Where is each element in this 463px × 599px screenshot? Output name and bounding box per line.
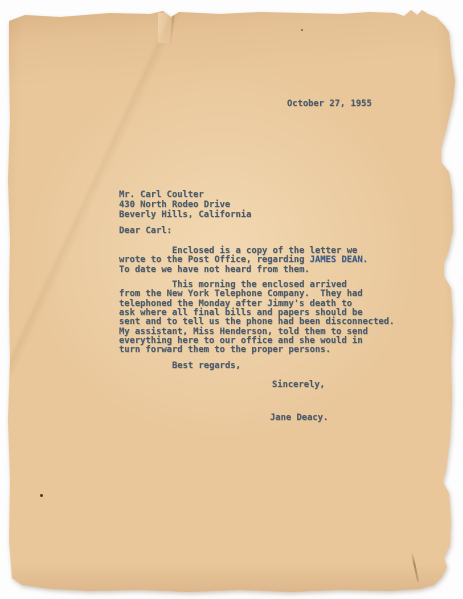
recipient-city: Beverly Hills, California [119,210,251,220]
body-line: turn forward them to the proper persons. [119,345,331,355]
ink-speck [40,494,43,497]
body-paragraph-1: Enclosed is a copy of the letter wewrote… [119,247,368,275]
body-paragraph-2: This morning the enclosed arrivedfrom th… [119,281,394,356]
ink-speck [301,29,303,31]
closing-sincerely: Sincerely, [272,381,325,390]
salutation: Dear Carl: [119,227,172,236]
recipient-address: Mr. Carl Coulter430 North Rodeo DriveBev… [119,190,251,220]
paper-shadow-wrap: October 27, 1955 Mr. Carl Coulter430 Nor… [0,0,463,599]
photo-of-letter: October 27, 1955 Mr. Carl Coulter430 Nor… [0,0,463,599]
james-dean-text: JAMES DEAN. [310,255,368,265]
paper-crease-highlight [158,13,171,43]
recipient-name: Mr. Carl Coulter [119,190,204,200]
recipient-street: 430 North Rodeo Drive [119,200,230,210]
letter-paper: October 27, 1955 Mr. Carl Coulter430 Nor… [0,0,463,599]
letter-date: October 27, 1955 [287,100,372,109]
signature-name: Jane Deacy. [270,414,328,423]
paper-tear-crack [411,552,419,582]
body-line: To date we have not heard from them. [119,265,310,275]
closing-best-regards: Best regards, [172,362,241,371]
